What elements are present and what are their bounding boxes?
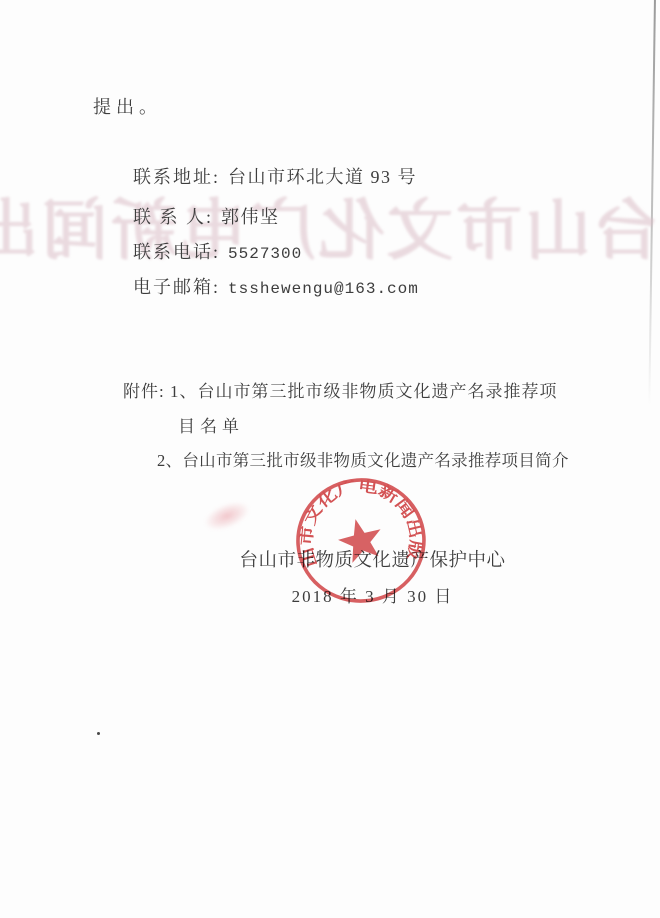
- contact-row-email: 电子邮箱:tsshewengu@163.com: [133, 277, 419, 299]
- scan-speck: [97, 732, 100, 735]
- seal-star-icon: [337, 517, 383, 563]
- person-label: 联 系 人:: [133, 207, 213, 227]
- address-value: 台山市环北大道 93 号: [228, 167, 417, 187]
- scanned-document-page: { "doc": { "closing_line": "提出。", "conta…: [0, 0, 660, 918]
- svg-text:台山市文化广电新闻出版局: 台山市文化广电新闻出版局: [291, 473, 427, 572]
- attachment-item2: 2、台山市第三批市级非物质文化遗产名录推荐项目简介: [157, 447, 569, 471]
- person-value: 郭伟坚: [221, 207, 280, 227]
- phone-value: 5527300: [228, 245, 302, 263]
- phone-label: 联系电话:: [133, 242, 220, 262]
- attachment-item1-line1: 附件: 1、台山市第三批市级非物质文化遗产名录推荐项: [123, 377, 557, 402]
- official-seal: 台山市文化广电新闻出版局: [291, 473, 432, 610]
- bleed-through-watermark: 台山市文化广电新闻出版局文件: [0, 192, 660, 274]
- red-ink-smudge: [200, 496, 253, 536]
- attachment-item1-line2: 目名单: [178, 412, 244, 437]
- contact-row-address: 联系地址:台山市环北大道 93 号: [133, 167, 417, 187]
- contact-row-phone: 联系电话:5527300: [133, 242, 302, 264]
- ghost-letterhead-text: 台山市文化广电新闻出版局文件: [0, 192, 660, 272]
- paper-edge-scan-line: [648, 0, 656, 406]
- contact-row-person: 联 系 人:郭伟坚: [133, 207, 280, 227]
- seal-arc-text: 台山市文化广电新闻出版局: [291, 473, 427, 572]
- closing-line: 提出。: [93, 97, 162, 117]
- address-label: 联系地址:: [133, 167, 220, 187]
- email-label: 电子邮箱:: [133, 277, 220, 297]
- email-value: tsshewengu@163.com: [228, 280, 419, 298]
